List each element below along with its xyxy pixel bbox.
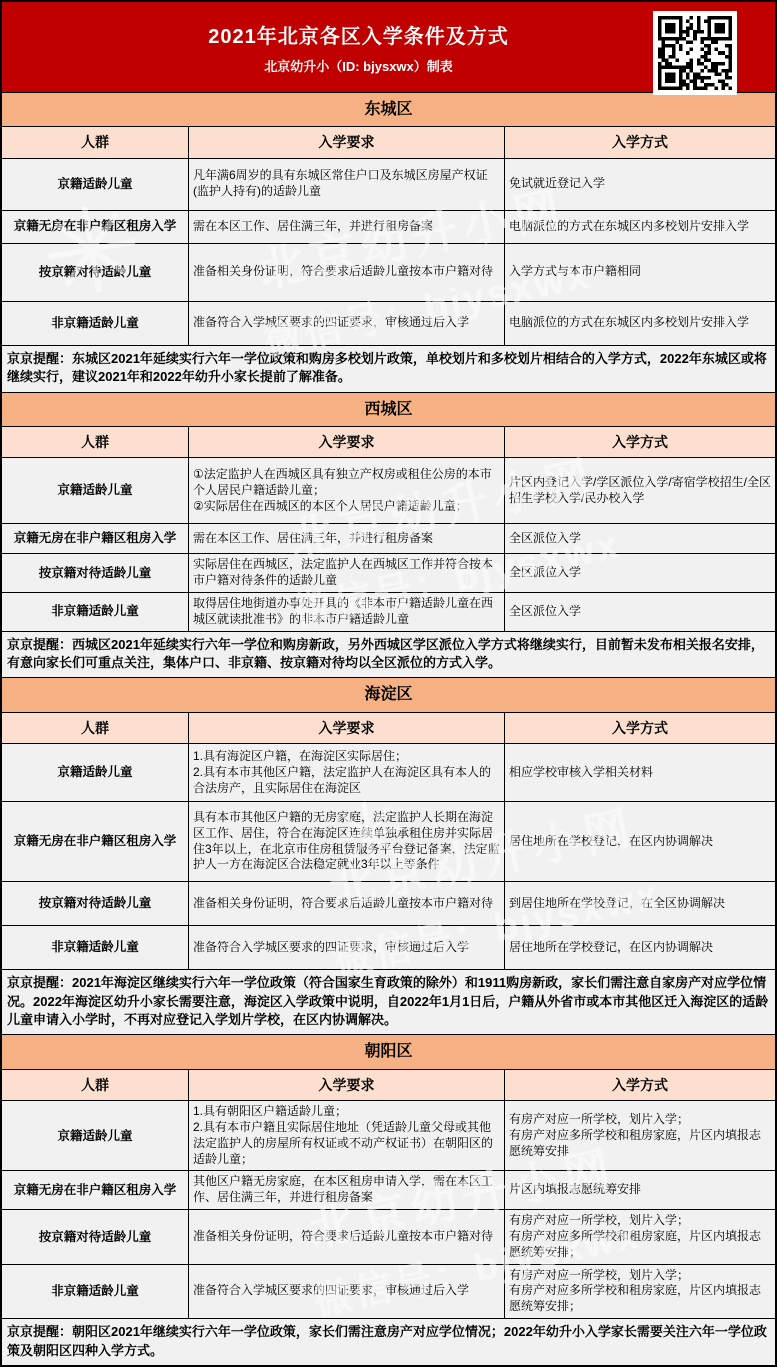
section-dongcheng: 东城区 人群 入学要求 入学方式 京籍适龄儿童 凡年满6周岁的具有东城区常住户口… bbox=[2, 92, 775, 392]
district-note-chaoyang: 京京提醒：朝阳区2021年继续实行六年一学位政策，家长们需注意房产对应学位情况；… bbox=[2, 1318, 775, 1365]
enrollment-poster: 2021年北京各区入学条件及方式 北京幼升小（ID: bjysxwx）制表 东城… bbox=[0, 0, 777, 1367]
group-cell: 按京籍对待适龄儿童 bbox=[2, 244, 188, 301]
col-header-method: 入学方式 bbox=[504, 427, 775, 457]
section-xicheng: 西城区 人群 入学要求 入学方式 京籍适龄儿童 ①法定监护人在西城区具有独立产权… bbox=[2, 392, 775, 678]
col-header-group: 人群 bbox=[2, 127, 188, 157]
method-cell: 全区派位入学 bbox=[504, 593, 775, 631]
district-title-xicheng: 西城区 bbox=[2, 392, 775, 427]
group-cell: 京籍无房在非户籍区租房入学 bbox=[2, 802, 188, 881]
method-cell: 电脑派位的方式在东城区内多校划片安排入学 bbox=[504, 302, 775, 345]
method-cell: 入学方式与本市户籍相同 bbox=[504, 244, 775, 301]
table-row: 京籍无房在非户籍区租房入学 需在本区工作、居住满三年，并进行租房备案 全区派位入… bbox=[2, 523, 775, 553]
requirement-cell: 实际居住在西城区，法定监护人在西城区工作并符合按本市户籍对待条件的适龄儿童 bbox=[188, 554, 504, 592]
requirement-cell: 凡年满6周岁的具有东城区常住户口及东城区房屋产权证(监护人持有)的适龄儿童 bbox=[188, 159, 504, 210]
group-cell: 按京籍对待适龄儿童 bbox=[2, 554, 188, 592]
group-cell: 京籍适龄儿童 bbox=[2, 159, 188, 210]
group-cell: 京籍适龄儿童 bbox=[2, 744, 188, 801]
requirement-cell: 其他区户籍无房家庭，在本区租房申请入学，需在本区工作、居住满三年，并进行租房备案 bbox=[188, 1171, 504, 1209]
method-cell: 有房产对应一所学校，划片入学； 有房产对应多所学校和租房家庭，片区内填报志愿统筹… bbox=[504, 1101, 775, 1170]
group-cell: 京籍适龄儿童 bbox=[2, 1101, 188, 1170]
requirement-cell: 1.具有朝阳区户籍适龄儿童； 2.具有本市户籍且实际居住地址（凭适龄儿童父母或其… bbox=[188, 1101, 504, 1170]
requirement-cell: 准备符合入学城区要求的四证要求，审核通过后入学 bbox=[188, 1265, 504, 1318]
requirement-cell: 准备相关身份证明，符合要求后适龄儿童按本市户籍对待 bbox=[188, 244, 504, 301]
district-note-haidian: 京京提醒：2021年海淀区继续实行六年一学位政策（符合国家生育政策的除外）和19… bbox=[2, 969, 775, 1034]
table-row: 京籍无房在非户籍区租房入学 需在本区工作、居住满三年，并进行租房备案 电脑派位的… bbox=[2, 210, 775, 243]
method-cell: 到居住地所在学校登记，在全区协调解决 bbox=[504, 882, 775, 925]
col-header-requirement: 入学要求 bbox=[188, 127, 504, 157]
col-header-method: 入学方式 bbox=[504, 127, 775, 157]
col-header-group: 人群 bbox=[2, 1070, 188, 1100]
section-chaoyang: 朝阳区 人群 入学要求 入学方式 京籍适龄儿童 1.具有朝阳区户籍适龄儿童； 2… bbox=[2, 1034, 775, 1365]
requirement-cell: 准备符合入学城区要求的四证要求，审核通过后入学 bbox=[188, 926, 504, 969]
table-row: 京籍适龄儿童 ①法定监护人在西城区具有独立产权房或租住公房的本市个人居民户籍适龄… bbox=[2, 457, 775, 523]
district-title-chaoyang: 朝阳区 bbox=[2, 1034, 775, 1069]
page-subtitle: 北京幼升小（ID: bjysxwx）制表 bbox=[208, 56, 509, 75]
method-cell: 居住地所在学校登记，在区内协调解决 bbox=[504, 926, 775, 969]
table-row: 按京籍对待适龄儿童 实际居住在西城区，法定监护人在西城区工作并符合按本市户籍对待… bbox=[2, 553, 775, 592]
method-cell: 免试就近登记入学 bbox=[504, 159, 775, 210]
qr-code bbox=[653, 11, 737, 95]
district-note-dongcheng: 京京提醒：东城区2021年延续实行六年一学位政策和购房多校划片政策，单校划片和多… bbox=[2, 345, 775, 392]
col-header-method: 入学方式 bbox=[504, 713, 775, 743]
col-header-requirement: 入学要求 bbox=[188, 427, 504, 457]
table-row: 非京籍适龄儿童 准备符合入学城区要求的四证要求，审核通过后入学 有房产对应一所学… bbox=[2, 1264, 775, 1318]
requirement-cell: 准备相关身份证明，符合要求后适龄儿童按本市户籍对待 bbox=[188, 1210, 504, 1263]
requirement-cell: 需在本区工作、居住满三年，并进行租房备案 bbox=[188, 211, 504, 243]
requirement-cell: 具有本市其他区户籍的无房家庭，法定监护人长期在海淀区工作、居住，符合在海淀区连续… bbox=[188, 802, 504, 881]
group-cell: 京籍无房在非户籍区租房入学 bbox=[2, 524, 188, 553]
requirement-cell: 取得居住地街道办事处开具的《非本市户籍适龄儿童在西城区就读批准书》的非本市户籍适… bbox=[188, 593, 504, 631]
group-cell: 非京籍适龄儿童 bbox=[2, 926, 188, 969]
method-cell: 居住地所在学校登记，在区内协调解决 bbox=[504, 802, 775, 881]
col-header-group: 人群 bbox=[2, 713, 188, 743]
qr-code-image bbox=[658, 16, 732, 90]
method-cell: 全区派位入学 bbox=[504, 524, 775, 553]
table-row: 京籍适龄儿童 1.具有海淀区户籍，在海淀区实际居住； 2.具有本市其他区户籍，法… bbox=[2, 743, 775, 801]
table-row: 京籍无房在非户籍区租房入学 其他区户籍无房家庭，在本区租房申请入学，需在本区工作… bbox=[2, 1170, 775, 1209]
column-header-row: 人群 入学要求 入学方式 bbox=[2, 713, 775, 743]
table-row: 按京籍对待适龄儿童 准备相关身份证明，符合要求后适龄儿童按本市户籍对待 有房产对… bbox=[2, 1209, 775, 1263]
method-cell: 片区内登记入学/学区派位入学/寄宿学校招生/全区招生学校入学/民办校入学 bbox=[504, 458, 775, 523]
page-title: 2021年北京各区入学条件及方式 bbox=[208, 20, 509, 49]
group-cell: 京籍适龄儿童 bbox=[2, 458, 188, 523]
method-cell: 有房产对应一所学校，划片入学； 有房产对应多所学校和租房家庭，片区内填报志愿统筹… bbox=[504, 1210, 775, 1263]
column-header-row: 人群 入学要求 入学方式 bbox=[2, 127, 775, 157]
table-row: 京籍无房在非户籍区租房入学 具有本市其他区户籍的无房家庭，法定监护人长期在海淀区… bbox=[2, 801, 775, 881]
table-row: 按京籍对待适龄儿童 准备相关身份证明，符合要求后适龄儿童按本市户籍对待 到居住地… bbox=[2, 881, 775, 925]
group-cell: 按京籍对待适龄儿童 bbox=[2, 1210, 188, 1263]
table-row: 京籍适龄儿童 凡年满6周岁的具有东城区常住户口及东城区房屋产权证(监护人持有)的… bbox=[2, 158, 775, 210]
section-haidian: 海淀区 人群 入学要求 入学方式 京籍适龄儿童 1.具有海淀区户籍，在海淀区实际… bbox=[2, 677, 775, 1034]
group-cell: 京籍无房在非户籍区租房入学 bbox=[2, 1171, 188, 1209]
method-cell: 电脑派位的方式在东城区内多校划片安排入学 bbox=[504, 211, 775, 243]
table-row: 京籍适龄儿童 1.具有朝阳区户籍适龄儿童； 2.具有本市户籍且实际居住地址（凭适… bbox=[2, 1100, 775, 1170]
col-header-method: 入学方式 bbox=[504, 1070, 775, 1100]
method-cell: 有房产对应一所学校，划片入学； 有房产对应多所学校和租房家庭，片区内填报志愿统筹… bbox=[504, 1265, 775, 1318]
district-title-dongcheng: 东城区 bbox=[2, 92, 775, 127]
requirement-cell: ①法定监护人在西城区具有独立产权房或租住公房的本市个人居民户籍适龄儿童； ②实际… bbox=[188, 458, 504, 523]
group-cell: 按京籍对待适龄儿童 bbox=[2, 882, 188, 925]
table-row: 非京籍适龄儿童 准备符合入学城区要求的四证要求，审核通过后入学 电脑派位的方式在… bbox=[2, 301, 775, 345]
method-cell: 片区内填报志愿统筹安排 bbox=[504, 1171, 775, 1209]
method-cell: 相应学校审核入学相关材料 bbox=[504, 744, 775, 801]
col-header-requirement: 入学要求 bbox=[188, 713, 504, 743]
col-header-group: 人群 bbox=[2, 427, 188, 457]
column-header-row: 人群 入学要求 入学方式 bbox=[2, 1070, 775, 1100]
method-cell: 全区派位入学 bbox=[504, 554, 775, 592]
group-cell: 非京籍适龄儿童 bbox=[2, 1265, 188, 1318]
requirement-cell: 1.具有海淀区户籍，在海淀区实际居住； 2.具有本市其他区户籍，法定监护人在海淀… bbox=[188, 744, 504, 801]
banner-titles: 2021年北京各区入学条件及方式 北京幼升小（ID: bjysxwx）制表 bbox=[208, 20, 509, 75]
column-header-row: 人群 入学要求 入学方式 bbox=[2, 427, 775, 457]
table-row: 非京籍适龄儿童 准备符合入学城区要求的四证要求，审核通过后入学 居住地所在学校登… bbox=[2, 925, 775, 969]
district-title-haidian: 海淀区 bbox=[2, 677, 775, 712]
group-cell: 非京籍适龄儿童 bbox=[2, 302, 188, 345]
col-header-requirement: 入学要求 bbox=[188, 1070, 504, 1100]
group-cell: 非京籍适龄儿童 bbox=[2, 593, 188, 631]
district-note-xicheng: 京京提醒：西城区2021年延续实行六年一学位和购房新政，另外西城区学区派位入学方… bbox=[2, 631, 775, 678]
requirement-cell: 需在本区工作、居住满三年，并进行租房备案 bbox=[188, 524, 504, 553]
group-cell: 京籍无房在非户籍区租房入学 bbox=[2, 211, 188, 243]
banner: 2021年北京各区入学条件及方式 北京幼升小（ID: bjysxwx）制表 bbox=[2, 2, 775, 92]
table-row: 非京籍适龄儿童 取得居住地街道办事处开具的《非本市户籍适龄儿童在西城区就读批准书… bbox=[2, 592, 775, 631]
requirement-cell: 准备符合入学城区要求的四证要求，审核通过后入学 bbox=[188, 302, 504, 345]
table-row: 按京籍对待适龄儿童 准备相关身份证明，符合要求后适龄儿童按本市户籍对待 入学方式… bbox=[2, 243, 775, 301]
requirement-cell: 准备相关身份证明，符合要求后适龄儿童按本市户籍对待 bbox=[188, 882, 504, 925]
